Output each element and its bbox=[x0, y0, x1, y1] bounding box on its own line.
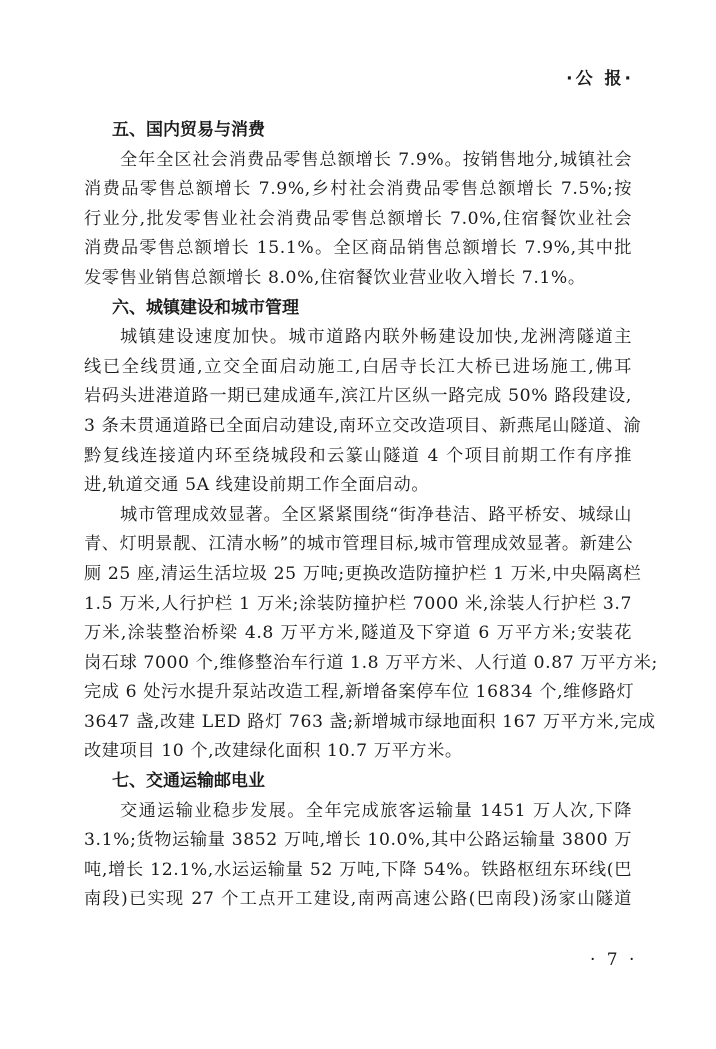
text-line: 改建项目 10 个,改建绿化面积 10.7 万平方米。 bbox=[84, 737, 632, 767]
text-line: 厕 25 座,清运生活垃圾 25 万吨;更换改造防撞护栏 1 万米,中央隔离栏 bbox=[84, 560, 632, 590]
text-line: 交通运输业稳步发展。全年完成旅客运输量 1451 万人次,下降 bbox=[84, 797, 632, 827]
text-line: 线已全线贯通,立交全面启动施工,白居寺长江大桥已进场施工,佛耳 bbox=[84, 353, 632, 383]
text-line: 城市管理成效显著。全区紧紧围绕“街净巷洁、路平桥安、城绿山 bbox=[84, 501, 632, 531]
text-line: 消费品零售总额增长 15.1%。全区商品销售总额增长 7.9%,其中批 bbox=[84, 234, 632, 264]
section-heading-trade: 五、国内贸易与消费 bbox=[84, 116, 632, 146]
running-head: ·公 报· bbox=[566, 64, 634, 89]
section-heading-urban: 六、城镇建设和城市管理 bbox=[84, 294, 632, 324]
text-line: 3647 盏,改建 LED 路灯 763 盏;新增城市绿地面积 167 万平方米… bbox=[84, 708, 632, 738]
text-line: 吨,增长 12.1%,水运运输量 52 万吨,下降 54%。铁路枢纽东环线(巴 bbox=[84, 856, 632, 886]
paragraph-urban-construction: 城镇建设速度加快。城市道路内联外畅建设加快,龙洲湾隧道主 线已全线贯通,立交全面… bbox=[84, 323, 632, 501]
text-line: 完成 6 处污水提升泵站改造工程,新增备案停车位 16834 个,维修路灯 bbox=[84, 678, 632, 708]
document-body: 五、国内贸易与消费 全年全区社会消费品零售总额增长 7.9%。按销售地分,城镇社… bbox=[84, 116, 632, 915]
page-number: · 7 · bbox=[590, 950, 637, 970]
text-line: 万米,涂装整治桥梁 4.8 万平方米,隧道及下穿道 6 万平方米;安装花 bbox=[84, 619, 632, 649]
text-line: 全年全区社会消费品零售总额增长 7.9%。按销售地分,城镇社会 bbox=[84, 146, 632, 176]
text-line: 3.1%;货物运输量 3852 万吨,增长 10.0%,其中公路运输量 3800… bbox=[84, 826, 632, 856]
text-line: 1.5 万米,人行护栏 1 万米;涂装防撞护栏 7000 米,涂装人行护栏 3.… bbox=[84, 590, 632, 620]
paragraph-trade: 全年全区社会消费品零售总额增长 7.9%。按销售地分,城镇社会 消费品零售总额增… bbox=[84, 146, 632, 294]
text-line: 岩码头进港道路一期已建成通车,滨江片区纵一路完成 50% 路段建设, bbox=[84, 382, 632, 412]
text-line: 岗石球 7000 个,维修整治车行道 1.8 万平方米、人行道 0.87 万平方… bbox=[84, 649, 632, 679]
text-line: 青、灯明景靓、江清水畅”的城市管理目标,城市管理成效显著。新建公 bbox=[84, 530, 632, 560]
text-line: 消费品零售总额增长 7.9%,乡村社会消费品零售总额增长 7.5%;按 bbox=[84, 175, 632, 205]
text-line: 行业分,批发零售业社会消费品零售总额增长 7.0%,住宿餐饮业社会 bbox=[84, 205, 632, 235]
text-line: 黔复线连接道内环至绕城段和云篆山隧道 4 个项目前期工作有序推 bbox=[84, 442, 632, 472]
text-line: 发零售业销售总额增长 8.0%,住宿餐饮业营业收入增长 7.1%。 bbox=[84, 264, 632, 294]
text-line: 城镇建设速度加快。城市道路内联外畅建设加快,龙洲湾隧道主 bbox=[84, 323, 632, 353]
text-line: 3 条未贯通道路已全面启动建设,南环立交改造项目、新燕尾山隧道、渝 bbox=[84, 412, 632, 442]
paragraph-transport: 交通运输业稳步发展。全年完成旅客运输量 1451 万人次,下降 3.1%;货物运… bbox=[84, 797, 632, 915]
text-line: 进,轨道交通 5A 线建设前期工作全面启动。 bbox=[84, 471, 632, 501]
text-line: 南段)已实现 27 个工点开工建设,南两高速公路(巴南段)汤家山隧道 bbox=[84, 885, 632, 915]
paragraph-urban-management: 城市管理成效显著。全区紧紧围绕“街净巷洁、路平桥安、城绿山 青、灯明景靓、江清水… bbox=[84, 501, 632, 767]
section-heading-transport: 七、交通运输邮电业 bbox=[84, 767, 632, 797]
